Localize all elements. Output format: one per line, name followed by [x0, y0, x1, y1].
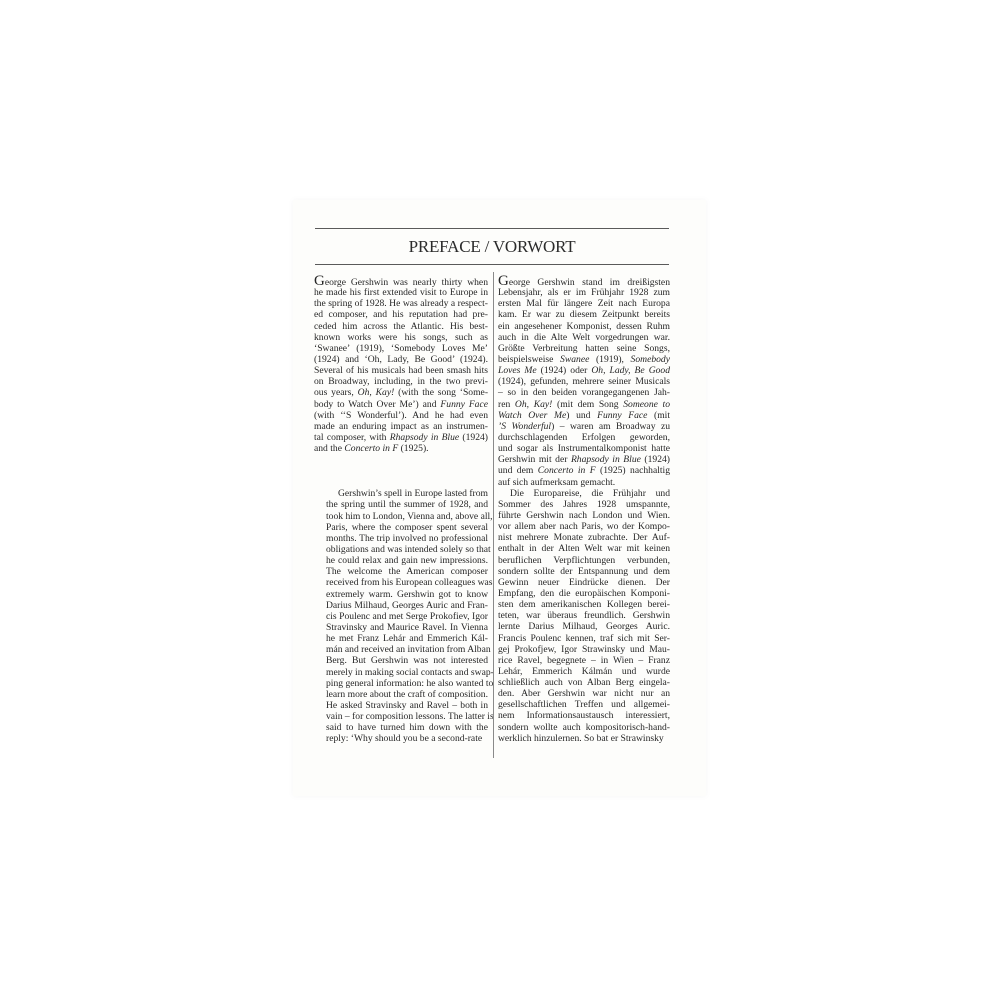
text-line: (with ‘‘S Wonderful’). And he had even — [314, 410, 488, 421]
italic-title: Loves Me — [498, 365, 537, 376]
text-line: beruflichen Verpflichtungen verbunden, — [498, 555, 670, 566]
text-segment: merely in making social contacts and swa… — [326, 667, 494, 678]
italic-title: Someone to — [623, 399, 670, 410]
text-segment: (with ‘‘S Wonderful’). And he had even — [314, 410, 488, 421]
text-line: auf sich aufmerksam gemacht. — [498, 477, 670, 488]
german-column: George Gershwin stand im dreißigstenLebe… — [498, 276, 670, 744]
text-line: said to have turned him down with the — [314, 722, 488, 733]
text-line: kam. Er war zu diesem Zeitpunkt bereits — [498, 309, 670, 320]
text-line: Darius Milhaud, Georges Auric and Fran- — [314, 600, 488, 611]
text-line: rice Ravel, begegnete – in Wien – Franz — [498, 655, 670, 666]
text-line: Francis Poulenc kennen, traf sich mit Se… — [498, 633, 670, 644]
text-segment: beispielsweise — [498, 354, 560, 365]
text-segment: sondern wollte auch kompositorisch-hand- — [498, 722, 670, 733]
text-segment: the spring of 1928. He was already a res… — [314, 298, 488, 309]
text-segment: (mit — [647, 410, 670, 421]
text-line: gesellschaftlichen Treffen und allgemei- — [498, 699, 670, 710]
text-line: on Broadway, including, in the two previ… — [314, 376, 488, 387]
text-line: Sommer des Jahres 1928 umspannte, — [498, 499, 670, 510]
text-segment: Darius Milhaud, Georges Auric and Fran- — [326, 600, 488, 611]
text-line: sondern wollte auch kompositorisch-hand- — [498, 722, 670, 733]
text-segment: (1919), — [589, 354, 630, 365]
text-line: vor allem aber nach Paris, wo der Kompo- — [498, 521, 670, 532]
text-line: Paris, where the composer spent several — [314, 522, 488, 533]
text-segment: nem Informationsaustausch interessiert, — [498, 710, 670, 721]
text-line: George Gershwin was nearly thirty when — [314, 276, 488, 287]
italic-title: Oh, Kay! — [358, 387, 395, 398]
text-segment: ed composer, and his reputation had pre- — [314, 309, 488, 320]
text-segment: beruflichen Verpflichtungen verbunden, — [498, 555, 670, 566]
text-segment: made an enduring impact as an instrumen- — [314, 421, 488, 432]
text-segment: Größte Verbreitung hatten seine Songs, — [498, 343, 670, 354]
english-paragraph-2-lines: Gershwin’s spell in Europe lasted fromth… — [314, 488, 488, 744]
german-paragraph-2-lines: Die Europareise, die Frühjahr undSommer … — [498, 488, 670, 744]
text-segment: schließlich auch von Alban Berg eingela- — [498, 677, 670, 688]
text-line: enthalt in der Alten Welt war mit keinen — [498, 543, 670, 554]
text-line: nist mehrere Monate zubrachte. Der Auf- — [498, 532, 670, 543]
text-segment: learn more about the craft of compositio… — [326, 689, 488, 700]
italic-title: Funny Face — [597, 410, 647, 421]
title-rule-bottom — [315, 264, 669, 265]
text-segment: Paris, where the composer spent several — [326, 522, 488, 533]
text-segment: gej Prokofjew, Igor Strawinsky und Mau- — [498, 644, 670, 655]
text-line: he made his first extended visit to Euro… — [314, 287, 488, 298]
text-line: nem Informationsaustausch interessiert, — [498, 710, 670, 721]
text-line: Gewinn neuer Eindrücke dienen. Der — [498, 577, 670, 588]
text-segment: vor allem aber nach Paris, wo der Kompo- — [498, 521, 670, 532]
text-segment: auf sich aufmerksam gemacht. — [498, 477, 615, 488]
text-segment: The welcome the American composer — [326, 566, 488, 577]
text-line: Größte Verbreitung hatten seine Songs, — [498, 343, 670, 354]
text-line: made an enduring impact as an instrumen- — [314, 421, 488, 432]
text-segment: und sogar als Instrumentalkomponist hatt… — [498, 443, 670, 454]
text-line: cis Poulenc and met Serge Prokofiev, Igo… — [314, 611, 488, 622]
text-line: lernte Darius Milhaud, Georges Auric. — [498, 621, 670, 632]
text-segment: (1924), gefunden, mehrere seiner Musical… — [498, 376, 670, 387]
text-segment: Francis Poulenc kennen, traf sich mit Se… — [498, 633, 670, 644]
italic-title: Concerto in F — [344, 443, 398, 454]
text-segment: auch in die Alte Welt vorgedrungen war. — [498, 332, 670, 343]
column-divider — [493, 272, 494, 758]
text-segment: (1925) nachhaltig — [596, 465, 670, 476]
text-segment: Empfang, den die europäischen Komponi- — [498, 588, 670, 599]
text-segment: ) – waren am Broadway zu — [551, 421, 670, 432]
english-paragraph-1: George Gershwin was nearly thirty whenhe… — [314, 276, 488, 454]
text-line: und dem Concerto in F (1925) nachhaltig — [498, 465, 670, 476]
text-line: Several of his musicals had been smash h… — [314, 365, 488, 376]
text-line: ous years, Oh, Kay! (with the song ‘Some… — [314, 387, 488, 398]
text-segment: ping general information: he also wanted… — [326, 678, 493, 689]
text-segment: reply: ‘Why should you be a second-rate — [326, 733, 482, 744]
text-segment: He asked Stravinsky and Ravel – both in — [326, 700, 488, 711]
text-segment: und dem — [498, 465, 538, 476]
text-segment: body to Watch Over Me’) and — [314, 399, 440, 410]
text-line: ceded him across the Atlantic. His best- — [314, 321, 488, 332]
text-segment: enthalt in der Alten Welt war mit keinen — [498, 543, 670, 554]
text-segment: ren — [498, 399, 515, 410]
text-segment: and the — [314, 443, 344, 454]
text-segment: führte Gershwin nach London und Wien. — [498, 510, 670, 521]
text-line: schließlich auch von Alban Berg eingela- — [498, 677, 670, 688]
text-line: the spring until the summer of 1928, and — [314, 499, 488, 510]
text-segment: Lebensjahr, als er im Frühjahr 1928 zum — [498, 287, 670, 298]
text-segment: gesellschaftlichen Treffen und allgemei- — [498, 699, 670, 710]
page-title: PREFACE / VORWORT — [315, 236, 669, 258]
text-line: beispielsweise Swanee (1919), Somebody — [498, 354, 670, 365]
text-segment: Gershwin mit der — [498, 454, 571, 465]
text-line: Lebensjahr, als er im Frühjahr 1928 zum — [498, 287, 670, 298]
text-line: (1924) and ‘Oh, Lady, Be Good’ (1924). — [314, 354, 488, 365]
text-segment: ous years, — [314, 387, 358, 398]
text-line: teten, war überaus freundlich. Gershwin — [498, 610, 670, 621]
text-segment: lernte Darius Milhaud, Georges Auric. — [498, 621, 670, 632]
title-rule-top — [315, 228, 669, 229]
text-segment: – so in den beiden vorangegangenen Jah- — [498, 387, 670, 398]
text-segment: ceded him across the Atlantic. His best- — [314, 321, 488, 332]
text-line: – so in den beiden vorangegangenen Jah- — [498, 387, 670, 398]
text-segment: said to have turned him down with the — [326, 722, 488, 733]
text-line: auch in die Alte Welt vorgedrungen war. — [498, 332, 670, 343]
paragraph-gap — [314, 454, 488, 488]
german-paragraph-2: Die Europareise, die Frühjahr undSommer … — [498, 488, 670, 744]
text-segment: ‘Swanee’ (1919), ‘Somebody Loves Me’ — [314, 343, 488, 354]
text-line: merely in making social contacts and swa… — [314, 667, 488, 678]
text-segment: took him to London, Vienna and, above al… — [326, 511, 493, 522]
text-line: Gershwin mit der Rhapsody in Blue (1924) — [498, 454, 670, 465]
text-segment: Several of his musicals had been smash h… — [314, 365, 488, 376]
text-line: Gershwin’s spell in Europe lasted from — [314, 488, 488, 499]
text-segment: ) und — [566, 410, 597, 421]
english-paragraph-2: Gershwin’s spell in Europe lasted fromth… — [314, 488, 488, 744]
text-line: reply: ‘Why should you be a second-rate — [314, 733, 488, 744]
text-line: known works were his songs, such as — [314, 332, 488, 343]
text-segment: nist mehrere Monate zubrachte. Der Auf- — [498, 532, 670, 543]
text-segment: ersten Mal für längere Zeit nach Europa — [498, 298, 670, 309]
text-line: George Gershwin stand im dreißigsten — [498, 276, 670, 287]
text-line: ping general information: he also wanted… — [314, 678, 488, 689]
text-segment: (1925). — [398, 443, 428, 454]
text-line: Stravinsky and Maurice Ravel. In Vienna — [314, 622, 488, 633]
text-segment: obligations and was intended solely so t… — [326, 544, 491, 555]
text-segment: tal composer, with — [314, 432, 390, 443]
text-line: werklich hinzulernen. So bat er Strawins… — [498, 733, 670, 744]
text-segment: Die Europareise, die Frühjahr und — [510, 488, 670, 499]
text-segment: on Broadway, including, in the two previ… — [314, 376, 488, 387]
text-line: vain – for composition lessons. The latt… — [314, 711, 488, 722]
text-segment: known works were his songs, such as — [314, 332, 488, 343]
italic-title: ’S Wonderful — [498, 421, 551, 432]
text-segment: he met Franz Lehár and Emmerich Kál- — [326, 633, 488, 644]
text-line: und sogar als Instrumentalkomponist hatt… — [498, 443, 670, 454]
text-line: ren Oh, Kay! (mit dem Song Someone to — [498, 399, 670, 410]
text-segment: Lehár, Emmerich Kálmán und wurde — [498, 666, 670, 677]
text-line: received from his European colleagues wa… — [314, 577, 488, 588]
text-segment: (1924) — [459, 432, 488, 443]
text-line: learn more about the craft of compositio… — [314, 689, 488, 700]
text-line: The welcome the American composer — [314, 566, 488, 577]
german-paragraph-1-lines: George Gershwin stand im dreißigstenLebe… — [498, 276, 670, 488]
text-line: den. Aber Gershwin war nicht nur an — [498, 688, 670, 699]
text-segment: sten dem amerikanischen Kollegen berei- — [498, 599, 670, 610]
text-line: sten dem amerikanischen Kollegen berei- — [498, 599, 670, 610]
text-line: took him to London, Vienna and, above al… — [314, 511, 488, 522]
text-segment: cis Poulenc and met Serge Prokofiev, Igo… — [326, 611, 488, 622]
text-line: Lehár, Emmerich Kálmán und wurde — [498, 666, 670, 677]
text-segment: Gershwin’s spell in Europe lasted from — [338, 488, 488, 499]
text-segment: rice Ravel, begegnete – in Wien – Franz — [498, 655, 670, 666]
text-line: ‘Swanee’ (1919), ‘Somebody Loves Me’ — [314, 343, 488, 354]
text-segment: (mit dem Song — [552, 399, 623, 410]
italic-title: Rhapsody in Blue — [571, 454, 641, 465]
text-segment: Gewinn neuer Eindrücke dienen. Der — [498, 577, 670, 588]
text-line: ’S Wonderful) – waren am Broadway zu — [498, 421, 670, 432]
text-segment: he could relax and gain new impressions. — [326, 555, 488, 566]
text-line: gej Prokofjew, Igor Strawinsky und Mau- — [498, 644, 670, 655]
text-line: sondern sollte der Entspannung und dem — [498, 566, 670, 577]
text-line: the spring of 1928. He was already a res… — [314, 298, 488, 309]
text-segment: mán and received an invitation from Alba… — [326, 644, 491, 655]
text-line: ein angesehener Komponist, dessen Ruhm — [498, 321, 670, 332]
text-segment: received from his European colleagues wa… — [326, 577, 493, 588]
text-line: führte Gershwin nach London und Wien. — [498, 510, 670, 521]
italic-title: Oh, Kay! — [515, 399, 552, 410]
english-paragraph-1-lines: George Gershwin was nearly thirty whenhe… — [314, 276, 488, 454]
text-segment: months. The trip involved no professiona… — [326, 533, 488, 544]
text-line: (1924), gefunden, mehrere seiner Musical… — [498, 376, 670, 387]
text-line: ersten Mal für längere Zeit nach Europa — [498, 298, 670, 309]
italic-title: Watch Over Me — [498, 410, 566, 421]
text-line: and the Concerto in F (1925). — [314, 443, 488, 454]
text-segment: vain – for composition lessons. The latt… — [326, 711, 494, 722]
text-segment: kam. Er war zu diesem Zeitpunkt bereits — [498, 309, 670, 320]
text-segment: the spring until the summer of 1928, and — [326, 499, 488, 510]
italic-title: Funny Face — [440, 399, 488, 410]
italic-title: Concerto in F — [538, 465, 596, 476]
text-segment: extremely warm. Gershwin got to know — [326, 589, 488, 600]
text-segment: den. Aber Gershwin war nicht nur an — [498, 688, 670, 699]
text-segment: (1924) — [641, 454, 670, 465]
text-line: Empfang, den die europäischen Komponi- — [498, 588, 670, 599]
text-line: tal composer, with Rhapsody in Blue (192… — [314, 432, 488, 443]
text-line: mán and received an invitation from Alba… — [314, 644, 488, 655]
italic-title: Swanee — [560, 354, 589, 365]
text-line: body to Watch Over Me’) and Funny Face — [314, 399, 488, 410]
italic-title: Oh, Lady, Be Good — [591, 365, 670, 376]
text-segment: Stravinsky and Maurice Ravel. In Vienna — [326, 622, 488, 633]
german-paragraph-1: George Gershwin stand im dreißigstenLebe… — [498, 276, 670, 488]
text-line: he could relax and gain new impressions. — [314, 555, 488, 566]
text-line: durchschlagenden Erfolgen geworden, — [498, 432, 670, 443]
text-segment: teten, war überaus freundlich. Gershwin — [498, 610, 670, 621]
text-segment: sondern sollte der Entspannung und dem — [498, 566, 670, 577]
text-line: obligations and was intended solely so t… — [314, 544, 488, 555]
text-segment: ein angesehener Komponist, dessen Ruhm — [498, 321, 670, 332]
text-segment: (1924) oder — [537, 365, 592, 376]
text-line: ed composer, and his reputation had pre- — [314, 309, 488, 320]
text-segment: (1924) and ‘Oh, Lady, Be Good’ (1924). — [314, 354, 488, 365]
text-segment: werklich hinzulernen. So bat er Strawins… — [498, 733, 664, 744]
english-column: George Gershwin was nearly thirty whenhe… — [314, 276, 488, 744]
text-line: Berg. But Gershwin was not interested — [314, 655, 488, 666]
text-line: Loves Me (1924) oder Oh, Lady, Be Good — [498, 365, 670, 376]
text-line: months. The trip involved no professiona… — [314, 533, 488, 544]
text-line: He asked Stravinsky and Ravel – both in — [314, 700, 488, 711]
text-segment: Berg. But Gershwin was not interested — [326, 655, 488, 666]
text-segment: (with the song ‘Some- — [394, 387, 488, 398]
text-line: Die Europareise, die Frühjahr und — [498, 488, 670, 499]
text-segment: Sommer des Jahres 1928 umspannte, — [498, 499, 670, 510]
text-line: Watch Over Me) und Funny Face (mit — [498, 410, 670, 421]
italic-title: Rhapsody in Blue — [390, 432, 459, 443]
text-segment: durchschlagenden Erfolgen geworden, — [498, 432, 670, 443]
text-segment: he made his first extended visit to Euro… — [314, 287, 488, 298]
italic-title: Somebody — [631, 354, 670, 365]
text-line: he met Franz Lehár and Emmerich Kál- — [314, 633, 488, 644]
text-line: extremely warm. Gershwin got to know — [314, 589, 488, 600]
